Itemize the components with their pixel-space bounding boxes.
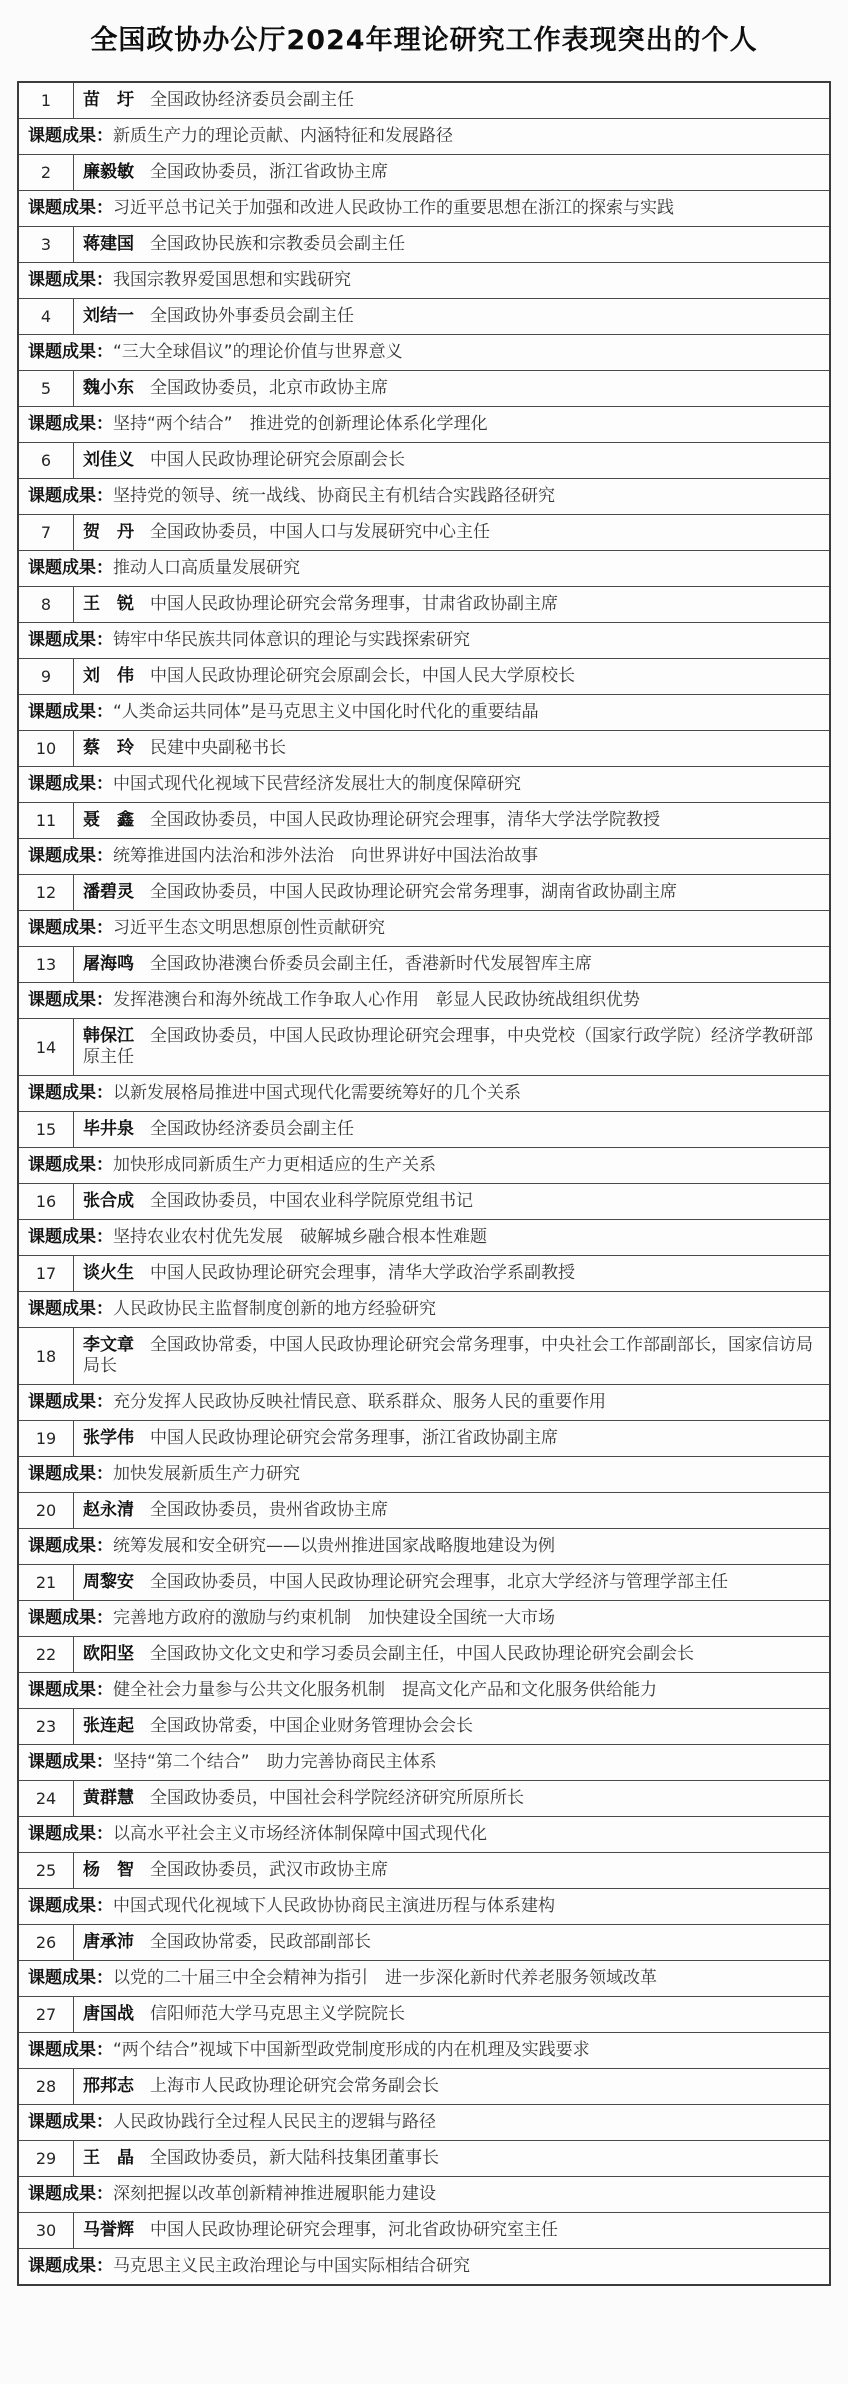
achievement-cell: 课题成果：以党的二十届三中全会精神为指引 进一步深化新时代养老服务领域改革 — [18, 1961, 830, 1997]
row-number: 20 — [18, 1493, 74, 1529]
person-name: 贺 丹 — [83, 522, 134, 542]
achievement-text: 我国宗教界爱国思想和实践研究 — [113, 270, 351, 290]
achievement-text: 中国式现代化视域下人民政协协商民主演进历程与体系建构 — [113, 1896, 555, 1916]
achievement-text: 人民政协民主监督制度创新的地方经验研究 — [113, 1299, 436, 1319]
person-info-cell: 蔡 玲民建中央副秘书长 — [74, 731, 831, 767]
person-info-cell: 毕井泉全国政协经济委员会副主任 — [74, 1112, 831, 1148]
achievement-row: 课题成果：我国宗教界爱国思想和实践研究 — [18, 263, 830, 299]
person-name: 魏小东 — [83, 378, 134, 398]
achievement-cell: 课题成果：深刻把握以改革创新精神推进履职能力建设 — [18, 2177, 830, 2213]
person-row: 22 欧阳坚全国政协文化文史和学习委员会副主任，中国人民政协理论研究会副会长 — [18, 1637, 830, 1673]
achievement-row: 课题成果：坚持“第二个结合” 助力完善协商民主体系 — [18, 1745, 830, 1781]
row-number: 8 — [18, 587, 74, 623]
person-title: 中国人民政协理论研究会理事，清华大学政治学系副教授 — [150, 1263, 575, 1283]
achievement-text: 人民政协践行全过程人民民主的逻辑与路径 — [113, 2112, 436, 2132]
person-info-cell: 欧阳坚全国政协文化文史和学习委员会副主任，中国人民政协理论研究会副会长 — [74, 1637, 831, 1673]
person-title: 中国人民政协理论研究会常务理事，浙江省政协副主席 — [150, 1428, 558, 1448]
person-info-cell: 蒋建国全国政协民族和宗教委员会副主任 — [74, 227, 831, 263]
achievement-text: 完善地方政府的激励与约束机制 加快建设全国统一大市场 — [113, 1608, 555, 1628]
person-row: 11 聂 鑫全国政协委员，中国人民政协理论研究会理事，清华大学法学院教授 — [18, 803, 830, 839]
achievement-cell: 课题成果：“两个结合”视域下中国新型政党制度形成的内在机理及实践要求 — [18, 2033, 830, 2069]
achievement-label: 课题成果： — [28, 2040, 113, 2060]
achievement-cell: 课题成果：加快发展新质生产力研究 — [18, 1457, 830, 1493]
achievement-row: 课题成果：中国式现代化视域下民营经济发展壮大的制度保障研究 — [18, 767, 830, 803]
person-row: 13 屠海鸣全国政协港澳台侨委员会副主任，香港新时代发展智库主席 — [18, 947, 830, 983]
achievement-label: 课题成果： — [28, 558, 113, 578]
person-info-cell: 黄群慧全国政协委员，中国社会科学院经济研究所原所长 — [74, 1781, 831, 1817]
achievement-cell: 课题成果：完善地方政府的激励与约束机制 加快建设全国统一大市场 — [18, 1601, 830, 1637]
achievement-cell: 课题成果：我国宗教界爱国思想和实践研究 — [18, 263, 830, 299]
achievement-cell: 课题成果：统筹发展和安全研究——以贵州推进国家战略腹地建设为例 — [18, 1529, 830, 1565]
person-name: 王 晶 — [83, 2148, 134, 2168]
achievement-label: 课题成果： — [28, 342, 113, 362]
achievement-cell: 课题成果：坚持党的领导、统一战线、协商民主有机结合实践路径研究 — [18, 479, 830, 515]
person-title: 全国政协委员，浙江省政协主席 — [150, 162, 388, 182]
person-name: 黄群慧 — [83, 1788, 134, 1808]
person-title: 民建中央副秘书长 — [150, 738, 286, 758]
person-info-cell: 杨 智全国政协委员，武汉市政协主席 — [74, 1853, 831, 1889]
achievement-row: 课题成果：加快发展新质生产力研究 — [18, 1457, 830, 1493]
person-info-cell: 苗 圩全国政协经济委员会副主任 — [74, 82, 831, 119]
achievement-row: 课题成果：以新发展格局推进中国式现代化需要统筹好的几个关系 — [18, 1076, 830, 1112]
achievement-cell: 课题成果：坚持农业农村优先发展 破解城乡融合根本性难题 — [18, 1220, 830, 1256]
person-title: 全国政协文化文史和学习委员会副主任，中国人民政协理论研究会副会长 — [150, 1644, 694, 1664]
achievement-row: 课题成果：以高水平社会主义市场经济体制保障中国式现代化 — [18, 1817, 830, 1853]
person-name: 刘结一 — [83, 306, 134, 326]
achievement-label: 课题成果： — [28, 414, 113, 434]
person-row: 4 刘结一全国政协外事委员会副主任 — [18, 299, 830, 335]
achievement-row: 课题成果：“三大全球倡议”的理论价值与世界意义 — [18, 335, 830, 371]
achievement-cell: 课题成果：习近平总书记关于加强和改进人民政协工作的重要思想在浙江的探索与实践 — [18, 191, 830, 227]
achievement-label: 课题成果： — [28, 2256, 113, 2276]
person-row: 12 潘碧灵全国政协委员，中国人民政协理论研究会常务理事，湖南省政协副主席 — [18, 875, 830, 911]
person-name: 张合成 — [83, 1191, 134, 1211]
person-row: 6 刘佳义中国人民政协理论研究会原副会长 — [18, 443, 830, 479]
person-title: 全国政协委员，中国人民政协理论研究会理事，北京大学经济与管理学部主任 — [150, 1572, 728, 1592]
person-row: 10 蔡 玲民建中央副秘书长 — [18, 731, 830, 767]
person-row: 30 马誉辉中国人民政协理论研究会理事，河北省政协研究室主任 — [18, 2213, 830, 2249]
achievement-row: 课题成果：推动人口高质量发展研究 — [18, 551, 830, 587]
person-name: 唐承沛 — [83, 1932, 134, 1952]
achievement-label: 课题成果： — [28, 702, 113, 722]
person-title: 中国人民政协理论研究会理事，河北省政协研究室主任 — [150, 2220, 558, 2240]
person-title: 全国政协经济委员会副主任 — [150, 90, 354, 110]
person-name: 欧阳坚 — [83, 1644, 134, 1664]
achievement-cell: 课题成果：统筹推进国内法治和涉外法治 向世界讲好中国法治故事 — [18, 839, 830, 875]
achievement-text: 统筹发展和安全研究——以贵州推进国家战略腹地建设为例 — [113, 1536, 555, 1556]
person-info-cell: 潘碧灵全国政协委员，中国人民政协理论研究会常务理事，湖南省政协副主席 — [74, 875, 831, 911]
person-row: 17 谈火生中国人民政协理论研究会理事，清华大学政治学系副教授 — [18, 1256, 830, 1292]
achievement-text: “人类命运共同体”是马克思主义中国化时代化的重要结晶 — [113, 702, 539, 722]
achievement-text: 充分发挥人民政协反映社情民意、联系群众、服务人民的重要作用 — [113, 1392, 606, 1412]
achievement-label: 课题成果： — [28, 198, 113, 218]
row-number: 7 — [18, 515, 74, 551]
row-number: 25 — [18, 1853, 74, 1889]
achievement-row: 课题成果：坚持“两个结合” 推进党的创新理论体系化学理化 — [18, 407, 830, 443]
person-name: 周黎安 — [83, 1572, 134, 1592]
person-title: 中国人民政协理论研究会原副会长 — [150, 450, 405, 470]
achievement-row: 课题成果：完善地方政府的激励与约束机制 加快建设全国统一大市场 — [18, 1601, 830, 1637]
person-name: 屠海鸣 — [83, 954, 134, 974]
achievement-cell: 课题成果：马克思主义民主政治理论与中国实际相结合研究 — [18, 2249, 830, 2286]
person-title: 信阳师范大学马克思主义学院院长 — [150, 2004, 405, 2024]
achievement-text: 统筹推进国内法治和涉外法治 向世界讲好中国法治故事 — [113, 846, 538, 866]
person-info-cell: 王 锐中国人民政协理论研究会常务理事，甘肃省政协副主席 — [74, 587, 831, 623]
person-title: 全国政协委员，中国社会科学院经济研究所原所长 — [150, 1788, 524, 1808]
person-name: 潘碧灵 — [83, 882, 134, 902]
document-page: 全国政协办公厅2024年理论研究工作表现突出的个人 1 苗 圩全国政协经济委员会… — [0, 0, 848, 2300]
person-title: 上海市人民政协理论研究会常务副会长 — [150, 2076, 439, 2096]
achievement-row: 课题成果：“人类命运共同体”是马克思主义中国化时代化的重要结晶 — [18, 695, 830, 731]
person-info-cell: 王 晶全国政协委员，新大陆科技集团董事长 — [74, 2141, 831, 2177]
person-name: 廉毅敏 — [83, 162, 134, 182]
achievement-cell: 课题成果：人民政协践行全过程人民民主的逻辑与路径 — [18, 2105, 830, 2141]
row-number: 16 — [18, 1184, 74, 1220]
person-title: 全国政协经济委员会副主任 — [150, 1119, 354, 1139]
person-info-cell: 魏小东全国政协委员，北京市政协主席 — [74, 371, 831, 407]
person-row: 16 张合成全国政协委员，中国农业科学院原党组书记 — [18, 1184, 830, 1220]
achievement-text: 健全社会力量参与公共文化服务机制 提高文化产品和文化服务供给能力 — [113, 1680, 657, 1700]
achievement-row: 课题成果：习近平总书记关于加强和改进人民政协工作的重要思想在浙江的探索与实践 — [18, 191, 830, 227]
person-row: 7 贺 丹全国政协委员，中国人口与发展研究中心主任 — [18, 515, 830, 551]
person-name: 蔡 玲 — [83, 738, 134, 758]
row-number: 14 — [18, 1019, 74, 1076]
achievement-label: 课题成果： — [28, 486, 113, 506]
person-title: 全国政协委员，贵州省政协主席 — [150, 1500, 388, 1520]
achievement-cell: 课题成果：充分发挥人民政协反映社情民意、联系群众、服务人民的重要作用 — [18, 1385, 830, 1421]
achievement-text: 中国式现代化视域下民营经济发展壮大的制度保障研究 — [113, 774, 521, 794]
achievement-label: 课题成果： — [28, 1299, 113, 1319]
achievement-text: 以新发展格局推进中国式现代化需要统筹好的几个关系 — [113, 1083, 521, 1103]
row-number: 21 — [18, 1565, 74, 1601]
page-title: 全国政协办公厅2024年理论研究工作表现突出的个人 — [17, 18, 831, 57]
row-number: 23 — [18, 1709, 74, 1745]
person-info-cell: 周黎安全国政协委员，中国人民政协理论研究会理事，北京大学经济与管理学部主任 — [74, 1565, 831, 1601]
person-info-cell: 聂 鑫全国政协委员，中国人民政协理论研究会理事，清华大学法学院教授 — [74, 803, 831, 839]
person-name: 马誉辉 — [83, 2220, 134, 2240]
person-info-cell: 刘佳义中国人民政协理论研究会原副会长 — [74, 443, 831, 479]
person-row: 15 毕井泉全国政协经济委员会副主任 — [18, 1112, 830, 1148]
person-row: 25 杨 智全国政协委员，武汉市政协主席 — [18, 1853, 830, 1889]
row-number: 15 — [18, 1112, 74, 1148]
achievement-row: 课题成果：中国式现代化视域下人民政协协商民主演进历程与体系建构 — [18, 1889, 830, 1925]
row-number: 11 — [18, 803, 74, 839]
row-number: 10 — [18, 731, 74, 767]
achievement-row: 课题成果：人民政协践行全过程人民民主的逻辑与路径 — [18, 2105, 830, 2141]
row-number: 19 — [18, 1421, 74, 1457]
achievement-cell: 课题成果：加快形成同新质生产力更相适应的生产关系 — [18, 1148, 830, 1184]
person-title: 全国政协常委，中国人民政协理论研究会常务理事，中央社会工作部副部长，国家信访局局… — [83, 1335, 813, 1376]
person-title: 全国政协委员，中国人民政协理论研究会理事，清华大学法学院教授 — [150, 810, 660, 830]
achievement-cell: 课题成果：以高水平社会主义市场经济体制保障中国式现代化 — [18, 1817, 830, 1853]
achievement-label: 课题成果： — [28, 1680, 113, 1700]
row-number: 5 — [18, 371, 74, 407]
person-info-cell: 韩保江全国政协委员，中国人民政协理论研究会理事，中央党校（国家行政学院）经济学教… — [74, 1019, 831, 1076]
achievement-text: 坚持农业农村优先发展 破解城乡融合根本性难题 — [113, 1227, 487, 1247]
achievement-cell: 课题成果：中国式现代化视域下民营经济发展壮大的制度保障研究 — [18, 767, 830, 803]
person-info-cell: 张学伟中国人民政协理论研究会常务理事，浙江省政协副主席 — [74, 1421, 831, 1457]
person-title: 全国政协委员，中国农业科学院原党组书记 — [150, 1191, 473, 1211]
person-info-cell: 张合成全国政协委员，中国农业科学院原党组书记 — [74, 1184, 831, 1220]
achievement-label: 课题成果： — [28, 846, 113, 866]
row-number: 28 — [18, 2069, 74, 2105]
achievement-cell: 课题成果：坚持“第二个结合” 助力完善协商民主体系 — [18, 1745, 830, 1781]
row-number: 30 — [18, 2213, 74, 2249]
row-number: 17 — [18, 1256, 74, 1292]
achievement-cell: 课题成果：中国式现代化视域下人民政协协商民主演进历程与体系建构 — [18, 1889, 830, 1925]
achievement-label: 课题成果： — [28, 1536, 113, 1556]
person-row: 23 张连起全国政协常委，中国企业财务管理协会会长 — [18, 1709, 830, 1745]
person-title: 中国人民政协理论研究会原副会长，中国人民大学原校长 — [150, 666, 575, 686]
achievement-cell: 课题成果：人民政协民主监督制度创新的地方经验研究 — [18, 1292, 830, 1328]
achievement-cell: 课题成果：习近平生态文明思想原创性贡献研究 — [18, 911, 830, 947]
person-title: 全国政协常委，中国企业财务管理协会会长 — [150, 1716, 473, 1736]
awardees-table-body: 1 苗 圩全国政协经济委员会副主任 课题成果：新质生产力的理论贡献、内涵特征和发… — [18, 82, 830, 2285]
achievement-cell: 课题成果：推动人口高质量发展研究 — [18, 551, 830, 587]
achievement-text: 习近平总书记关于加强和改进人民政协工作的重要思想在浙江的探索与实践 — [113, 198, 674, 218]
achievement-row: 课题成果：人民政协民主监督制度创新的地方经验研究 — [18, 1292, 830, 1328]
person-name: 韩保江 — [83, 1026, 134, 1046]
achievement-label: 课题成果： — [28, 1608, 113, 1628]
person-name: 邢邦志 — [83, 2076, 134, 2096]
achievement-text: 发挥港澳台和海外统战工作争取人心作用 彰显人民政协统战组织优势 — [113, 990, 640, 1010]
person-name: 谈火生 — [83, 1263, 134, 1283]
achievement-row: 课题成果：铸牢中华民族共同体意识的理论与实践探索研究 — [18, 623, 830, 659]
achievement-label: 课题成果： — [28, 1227, 113, 1247]
row-number: 22 — [18, 1637, 74, 1673]
person-title: 全国政协外事委员会副主任 — [150, 306, 354, 326]
achievement-text: 坚持党的领导、统一战线、协商民主有机结合实践路径研究 — [113, 486, 555, 506]
achievement-label: 课题成果： — [28, 1752, 113, 1772]
person-row: 24 黄群慧全国政协委员，中国社会科学院经济研究所原所长 — [18, 1781, 830, 1817]
person-name: 蒋建国 — [83, 234, 134, 254]
person-row: 21 周黎安全国政协委员，中国人民政协理论研究会理事，北京大学经济与管理学部主任 — [18, 1565, 830, 1601]
person-title: 全国政协委员，北京市政协主席 — [150, 378, 388, 398]
person-row: 26 唐承沛全国政协常委，民政部副部长 — [18, 1925, 830, 1961]
achievement-text: 新质生产力的理论贡献、内涵特征和发展路径 — [113, 126, 453, 146]
achievement-text: “两个结合”视域下中国新型政党制度形成的内在机理及实践要求 — [113, 2040, 590, 2060]
awardees-table: 1 苗 圩全国政协经济委员会副主任 课题成果：新质生产力的理论贡献、内涵特征和发… — [17, 81, 831, 2286]
achievement-cell: 课题成果：新质生产力的理论贡献、内涵特征和发展路径 — [18, 119, 830, 155]
person-row: 1 苗 圩全国政协经济委员会副主任 — [18, 82, 830, 119]
achievement-text: 马克思主义民主政治理论与中国实际相结合研究 — [113, 2256, 470, 2276]
person-title: 全国政协民族和宗教委员会副主任 — [150, 234, 405, 254]
achievement-label: 课题成果： — [28, 1083, 113, 1103]
achievement-row: 课题成果：“两个结合”视域下中国新型政党制度形成的内在机理及实践要求 — [18, 2033, 830, 2069]
achievement-label: 课题成果： — [28, 1896, 113, 1916]
row-number: 4 — [18, 299, 74, 335]
person-row: 8 王 锐中国人民政协理论研究会常务理事，甘肃省政协副主席 — [18, 587, 830, 623]
achievement-cell: 课题成果：发挥港澳台和海外统战工作争取人心作用 彰显人民政协统战组织优势 — [18, 983, 830, 1019]
achievement-row: 课题成果：以党的二十届三中全会精神为指引 进一步深化新时代养老服务领域改革 — [18, 1961, 830, 1997]
person-info-cell: 马誉辉中国人民政协理论研究会理事，河北省政协研究室主任 — [74, 2213, 831, 2249]
person-row: 29 王 晶全国政协委员，新大陆科技集团董事长 — [18, 2141, 830, 2177]
achievement-label: 课题成果： — [28, 630, 113, 650]
achievement-text: 深刻把握以改革创新精神推进履职能力建设 — [113, 2184, 436, 2204]
row-number: 6 — [18, 443, 74, 479]
person-title: 全国政协常委，民政部副部长 — [150, 1932, 371, 1952]
achievement-text: 加快形成同新质生产力更相适应的生产关系 — [113, 1155, 436, 1175]
row-number: 2 — [18, 155, 74, 191]
achievement-cell: 课题成果：健全社会力量参与公共文化服务机制 提高文化产品和文化服务供给能力 — [18, 1673, 830, 1709]
person-row: 3 蒋建国全国政协民族和宗教委员会副主任 — [18, 227, 830, 263]
row-number: 9 — [18, 659, 74, 695]
achievement-label: 课题成果： — [28, 2184, 113, 2204]
person-name: 刘佳义 — [83, 450, 134, 470]
row-number: 18 — [18, 1328, 74, 1385]
row-number: 13 — [18, 947, 74, 983]
achievement-label: 课题成果： — [28, 1464, 113, 1484]
person-row: 28 邢邦志上海市人民政协理论研究会常务副会长 — [18, 2069, 830, 2105]
person-info-cell: 唐承沛全国政协常委，民政部副部长 — [74, 1925, 831, 1961]
person-name: 聂 鑫 — [83, 810, 134, 830]
achievement-label: 课题成果： — [28, 1824, 113, 1844]
row-number: 26 — [18, 1925, 74, 1961]
person-title: 中国人民政协理论研究会常务理事，甘肃省政协副主席 — [150, 594, 558, 614]
person-name: 张学伟 — [83, 1428, 134, 1448]
achievement-text: 推动人口高质量发展研究 — [113, 558, 300, 578]
person-info-cell: 谈火生中国人民政协理论研究会理事，清华大学政治学系副教授 — [74, 1256, 831, 1292]
person-name: 刘 伟 — [83, 666, 134, 686]
achievement-text: 以高水平社会主义市场经济体制保障中国式现代化 — [113, 1824, 487, 1844]
achievement-row: 课题成果：坚持党的领导、统一战线、协商民主有机结合实践路径研究 — [18, 479, 830, 515]
achievement-label: 课题成果： — [28, 918, 113, 938]
person-info-cell: 屠海鸣全国政协港澳台侨委员会副主任，香港新时代发展智库主席 — [74, 947, 831, 983]
person-info-cell: 贺 丹全国政协委员，中国人口与发展研究中心主任 — [74, 515, 831, 551]
person-info-cell: 唐国战信阳师范大学马克思主义学院院长 — [74, 1997, 831, 2033]
person-row: 19 张学伟中国人民政协理论研究会常务理事，浙江省政协副主席 — [18, 1421, 830, 1457]
person-info-cell: 刘 伟中国人民政协理论研究会原副会长，中国人民大学原校长 — [74, 659, 831, 695]
person-info-cell: 邢邦志上海市人民政协理论研究会常务副会长 — [74, 2069, 831, 2105]
person-title: 全国政协委员，中国人口与发展研究中心主任 — [150, 522, 490, 542]
achievement-row: 课题成果：充分发挥人民政协反映社情民意、联系群众、服务人民的重要作用 — [18, 1385, 830, 1421]
achievement-label: 课题成果： — [28, 990, 113, 1010]
achievement-text: 坚持“第二个结合” 助力完善协商民主体系 — [113, 1752, 437, 1772]
achievement-row: 课题成果：健全社会力量参与公共文化服务机制 提高文化产品和文化服务供给能力 — [18, 1673, 830, 1709]
achievement-label: 课题成果： — [28, 1968, 113, 1988]
achievement-label: 课题成果： — [28, 126, 113, 146]
person-row: 9 刘 伟中国人民政协理论研究会原副会长，中国人民大学原校长 — [18, 659, 830, 695]
achievement-label: 课题成果： — [28, 774, 113, 794]
person-title: 全国政协委员，中国人民政协理论研究会理事，中央党校（国家行政学院）经济学教研部原… — [83, 1026, 813, 1067]
row-number: 24 — [18, 1781, 74, 1817]
person-row: 27 唐国战信阳师范大学马克思主义学院院长 — [18, 1997, 830, 2033]
achievement-label: 课题成果： — [28, 2112, 113, 2132]
row-number: 1 — [18, 82, 74, 119]
person-title: 全国政协委员，新大陆科技集团董事长 — [150, 2148, 439, 2168]
achievement-cell: 课题成果：坚持“两个结合” 推进党的创新理论体系化学理化 — [18, 407, 830, 443]
person-title: 全国政协港澳台侨委员会副主任，香港新时代发展智库主席 — [150, 954, 592, 974]
person-info-cell: 张连起全国政协常委，中国企业财务管理协会会长 — [74, 1709, 831, 1745]
person-info-cell: 赵永清全国政协委员，贵州省政协主席 — [74, 1493, 831, 1529]
person-row: 5 魏小东全国政协委员，北京市政协主席 — [18, 371, 830, 407]
person-row: 14 韩保江全国政协委员，中国人民政协理论研究会理事，中央党校（国家行政学院）经… — [18, 1019, 830, 1076]
row-number: 3 — [18, 227, 74, 263]
person-name: 赵永清 — [83, 1500, 134, 1520]
achievement-row: 课题成果：加快形成同新质生产力更相适应的生产关系 — [18, 1148, 830, 1184]
achievement-row: 课题成果：习近平生态文明思想原创性贡献研究 — [18, 911, 830, 947]
person-info-cell: 刘结一全国政协外事委员会副主任 — [74, 299, 831, 335]
achievement-row: 课题成果：马克思主义民主政治理论与中国实际相结合研究 — [18, 2249, 830, 2286]
achievement-cell: 课题成果：“三大全球倡议”的理论价值与世界意义 — [18, 335, 830, 371]
person-title: 全国政协委员，武汉市政协主席 — [150, 1860, 388, 1880]
person-info-cell: 廉毅敏全国政协委员，浙江省政协主席 — [74, 155, 831, 191]
person-name: 张连起 — [83, 1716, 134, 1736]
row-number: 29 — [18, 2141, 74, 2177]
achievement-cell: 课题成果：“人类命运共同体”是马克思主义中国化时代化的重要结晶 — [18, 695, 830, 731]
achievement-label: 课题成果： — [28, 1392, 113, 1412]
achievement-text: “三大全球倡议”的理论价值与世界意义 — [113, 342, 403, 362]
achievement-row: 课题成果：统筹发展和安全研究——以贵州推进国家战略腹地建设为例 — [18, 1529, 830, 1565]
row-number: 27 — [18, 1997, 74, 2033]
person-name: 李文章 — [83, 1335, 134, 1355]
achievement-row: 课题成果：新质生产力的理论贡献、内涵特征和发展路径 — [18, 119, 830, 155]
achievement-text: 坚持“两个结合” 推进党的创新理论体系化学理化 — [113, 414, 488, 434]
achievement-text: 以党的二十届三中全会精神为指引 进一步深化新时代养老服务领域改革 — [113, 1968, 657, 1988]
person-name: 毕井泉 — [83, 1119, 134, 1139]
achievement-row: 课题成果：坚持农业农村优先发展 破解城乡融合根本性难题 — [18, 1220, 830, 1256]
person-info-cell: 李文章全国政协常委，中国人民政协理论研究会常务理事，中央社会工作部副部长，国家信… — [74, 1328, 831, 1385]
person-row: 20 赵永清全国政协委员，贵州省政协主席 — [18, 1493, 830, 1529]
achievement-text: 习近平生态文明思想原创性贡献研究 — [113, 918, 385, 938]
person-row: 2 廉毅敏全国政协委员，浙江省政协主席 — [18, 155, 830, 191]
row-number: 12 — [18, 875, 74, 911]
person-row: 18 李文章全国政协常委，中国人民政协理论研究会常务理事，中央社会工作部副部长，… — [18, 1328, 830, 1385]
achievement-row: 课题成果：深刻把握以改革创新精神推进履职能力建设 — [18, 2177, 830, 2213]
achievement-text: 铸牢中华民族共同体意识的理论与实践探索研究 — [113, 630, 470, 650]
person-title: 全国政协委员，中国人民政协理论研究会常务理事，湖南省政协副主席 — [150, 882, 677, 902]
person-name: 王 锐 — [83, 594, 134, 614]
achievement-label: 课题成果： — [28, 270, 113, 290]
person-name: 杨 智 — [83, 1860, 134, 1880]
person-name: 唐国战 — [83, 2004, 134, 2024]
achievement-label: 课题成果： — [28, 1155, 113, 1175]
person-name: 苗 圩 — [83, 90, 134, 110]
achievement-row: 课题成果：统筹推进国内法治和涉外法治 向世界讲好中国法治故事 — [18, 839, 830, 875]
achievement-text: 加快发展新质生产力研究 — [113, 1464, 300, 1484]
achievement-cell: 课题成果：铸牢中华民族共同体意识的理论与实践探索研究 — [18, 623, 830, 659]
achievement-cell: 课题成果：以新发展格局推进中国式现代化需要统筹好的几个关系 — [18, 1076, 830, 1112]
achievement-row: 课题成果：发挥港澳台和海外统战工作争取人心作用 彰显人民政协统战组织优势 — [18, 983, 830, 1019]
